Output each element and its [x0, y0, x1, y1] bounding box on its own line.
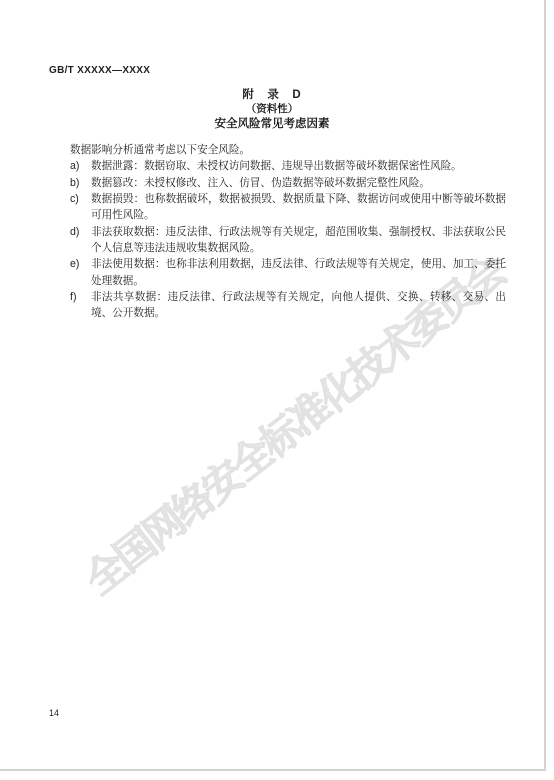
list-item: c) 数据损毁：也称数据破坏，数据被损毁、数据质量下降、数据访问或使用中断等破坏…: [70, 191, 506, 224]
list-item-label: d): [70, 224, 91, 240]
list-item-text: 数据篡改：未授权修改、注入、仿冒、伪造数据等破坏数据完整性风险。: [91, 175, 506, 191]
document-page: 全国网络安全标准化技术委员会 GB/T XXXXX—XXXX 附 录 D （资料…: [0, 0, 554, 780]
appendix-content: 数据影响分析通常考虑以下安全风险。 a) 数据泄露：数据窃取、未授权访问数据、违…: [70, 142, 506, 322]
list-item-label: e): [70, 256, 91, 272]
list-item-label: c): [70, 191, 91, 207]
list-item-text: 数据泄露：数据窃取、未授权访问数据、违规导出数据等破坏数据保密性风险。: [91, 158, 506, 174]
intro-paragraph: 数据影响分析通常考虑以下安全风险。: [70, 142, 506, 158]
page-edge-bottom: [0, 769, 546, 771]
list-item-label: f): [70, 289, 91, 305]
list-item-text: 数据损毁：也称数据破坏，数据被损毁、数据质量下降、数据访问或使用中断等破坏数据可…: [91, 191, 506, 224]
list-item: f) 非法共享数据：违反法律、行政法规等有关规定，向他人提供、交换、转移、交易、…: [70, 289, 506, 322]
risk-list: a) 数据泄露：数据窃取、未授权访问数据、违规导出数据等破坏数据保密性风险。 b…: [70, 158, 506, 321]
list-item-text: 非法共享数据：违反法律、行政法规等有关规定，向他人提供、交换、转移、交易、出境、…: [91, 289, 506, 322]
list-item: b) 数据篡改：未授权修改、注入、仿冒、伪造数据等破坏数据完整性风险。: [70, 175, 506, 191]
appendix-heading: 安全风险常见考虑因素: [0, 117, 544, 132]
page-number: 14: [49, 708, 59, 718]
appendix-subtitle: （资料性）: [0, 102, 544, 117]
list-item-text: 非法使用数据：也称非法利用数据，违反法律、行政法规等有关规定，使用、加工、委托处…: [91, 256, 506, 289]
list-item: d) 非法获取数据：违反法律、行政法规等有关规定，超范围收集、强制授权、非法获取…: [70, 224, 506, 257]
appendix-title: 附 录 D: [0, 88, 544, 102]
list-item-label: a): [70, 158, 91, 174]
list-item: e) 非法使用数据：也称非法利用数据，违反法律、行政法规等有关规定，使用、加工、…: [70, 256, 506, 289]
page-edge-right: [544, 0, 546, 771]
list-item-label: b): [70, 175, 91, 191]
list-item: a) 数据泄露：数据窃取、未授权访问数据、违规导出数据等破坏数据保密性风险。: [70, 158, 506, 174]
standard-code-header: GB/T XXXXX—XXXX: [49, 65, 150, 76]
list-item-text: 非法获取数据：违反法律、行政法规等有关规定，超范围收集、强制授权、非法获取公民个…: [91, 224, 506, 257]
appendix-title-block: 附 录 D （资料性） 安全风险常见考虑因素: [0, 88, 544, 132]
